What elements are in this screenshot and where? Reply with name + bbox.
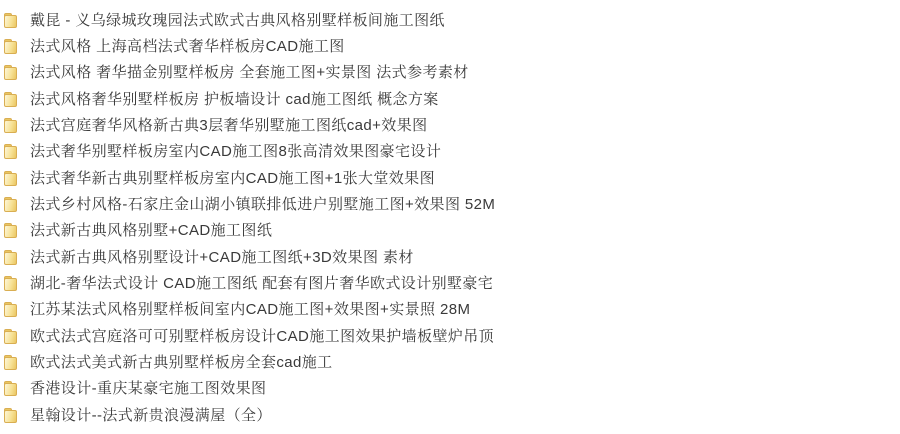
folder-icon [4,223,17,238]
folder-icon [4,92,17,107]
folder-icon [4,144,17,159]
list-item[interactable]: 香港设计-重庆某豪宅施工图效果图 [2,376,898,402]
file-name: 星翰设计--法式新贵浪漫满屋（全） [30,408,272,423]
folder-icon-body [4,94,17,107]
file-name: 法式乡村风格-石家庄金山湖小镇联排低进户别墅施工图+效果图 52M [30,197,495,212]
folder-icon [4,118,17,133]
folder-icon-body [4,41,17,54]
folder-icon-body [4,225,17,238]
file-name: 法式宫庭奢华风格新古典3层奢华别墅施工图纸cad+效果图 [30,118,428,133]
file-name: 法式风格奢华别墅样板房 护板墙设计 cad施工图纸 概念方案 [30,92,439,107]
folder-icon-body [4,410,17,423]
folder-icon [4,197,17,212]
file-name: 法式新古典风格别墅+CAD施工图纸 [30,223,272,238]
folder-icon-body [4,15,17,28]
folder-icon-body [4,173,17,186]
list-item[interactable]: 法式奢华别墅样板房室内CAD施工图8张高清效果图豪宅设计 [2,139,898,165]
folder-list: 戴昆 - 义乌绿城玫瑰园法式欧式古典风格别墅样板间施工图纸 法式风格 上海高档法… [2,7,898,428]
file-name: 法式风格 上海高档法式奢华样板房CAD施工图 [30,39,345,54]
list-item[interactable]: 欧式法式美式新古典别墅样板房全套cad施工 [2,349,898,375]
file-name: 欧式法式宫庭洛可可别墅样板房设计CAD施工图效果护墙板壁炉吊顶 [30,329,494,344]
list-item[interactable]: 法式奢华新古典别墅样板房室内CAD施工图+1张大堂效果图 [2,165,898,191]
folder-icon [4,355,17,370]
folder-icon-body [4,120,17,133]
folder-icon [4,65,17,80]
file-name: 法式风格 奢华描金别墅样板房 全套施工图+实景图 法式参考素材 [30,65,469,80]
folder-icon-body [4,304,17,317]
list-item[interactable]: 法式新古典风格别墅设计+CAD施工图纸+3D效果图 素材 [2,244,898,270]
folder-icon-body [4,278,17,291]
folder-icon [4,171,17,186]
list-item[interactable]: 法式风格奢华别墅样板房 护板墙设计 cad施工图纸 概念方案 [2,86,898,112]
folder-icon-body [4,146,17,159]
folder-icon-body [4,383,17,396]
folder-icon-body [4,67,17,80]
file-name: 香港设计-重庆某豪宅施工图效果图 [30,381,266,396]
list-item[interactable]: 戴昆 - 义乌绿城玫瑰园法式欧式古典风格别墅样板间施工图纸 [2,7,898,33]
file-name: 湖北-奢华法式设计 CAD施工图纸 配套有图片奢华欧式设计别墅豪宅 [30,276,493,291]
folder-icon [4,39,17,54]
folder-icon [4,13,17,28]
file-name: 江苏某法式风格别墅样板间室内CAD施工图+效果图+实景照 28M [30,302,470,317]
file-name: 欧式法式美式新古典别墅样板房全套cad施工 [30,355,333,370]
list-item[interactable]: 欧式法式宫庭洛可可别墅样板房设计CAD施工图效果护墙板壁炉吊顶 [2,323,898,349]
file-name: 法式奢华别墅样板房室内CAD施工图8张高清效果图豪宅设计 [30,144,441,159]
file-name: 戴昆 - 义乌绿城玫瑰园法式欧式古典风格别墅样板间施工图纸 [30,13,445,28]
folder-icon [4,250,17,265]
folder-icon [4,276,17,291]
folder-icon-body [4,199,17,212]
list-item[interactable]: 星翰设计--法式新贵浪漫满屋（全） [2,402,898,428]
list-item[interactable]: 法式风格 上海高档法式奢华样板房CAD施工图 [2,33,898,59]
list-item[interactable]: 法式乡村风格-石家庄金山湖小镇联排低进户别墅施工图+效果图 52M [2,191,898,217]
file-name: 法式新古典风格别墅设计+CAD施工图纸+3D效果图 素材 [30,250,414,265]
list-item[interactable]: 江苏某法式风格别墅样板间室内CAD施工图+效果图+实景照 28M [2,297,898,323]
folder-icon-body [4,357,17,370]
list-item[interactable]: 法式新古典风格别墅+CAD施工图纸 [2,218,898,244]
file-name: 法式奢华新古典别墅样板房室内CAD施工图+1张大堂效果图 [30,171,435,186]
list-item[interactable]: 湖北-奢华法式设计 CAD施工图纸 配套有图片奢华欧式设计别墅豪宅 [2,270,898,296]
folder-icon [4,408,17,423]
list-item[interactable]: 法式宫庭奢华风格新古典3层奢华别墅施工图纸cad+效果图 [2,112,898,138]
folder-icon-body [4,331,17,344]
folder-icon [4,329,17,344]
folder-icon-body [4,252,17,265]
list-item[interactable]: 法式风格 奢华描金别墅样板房 全套施工图+实景图 法式参考素材 [2,60,898,86]
folder-icon [4,381,17,396]
folder-icon [4,302,17,317]
